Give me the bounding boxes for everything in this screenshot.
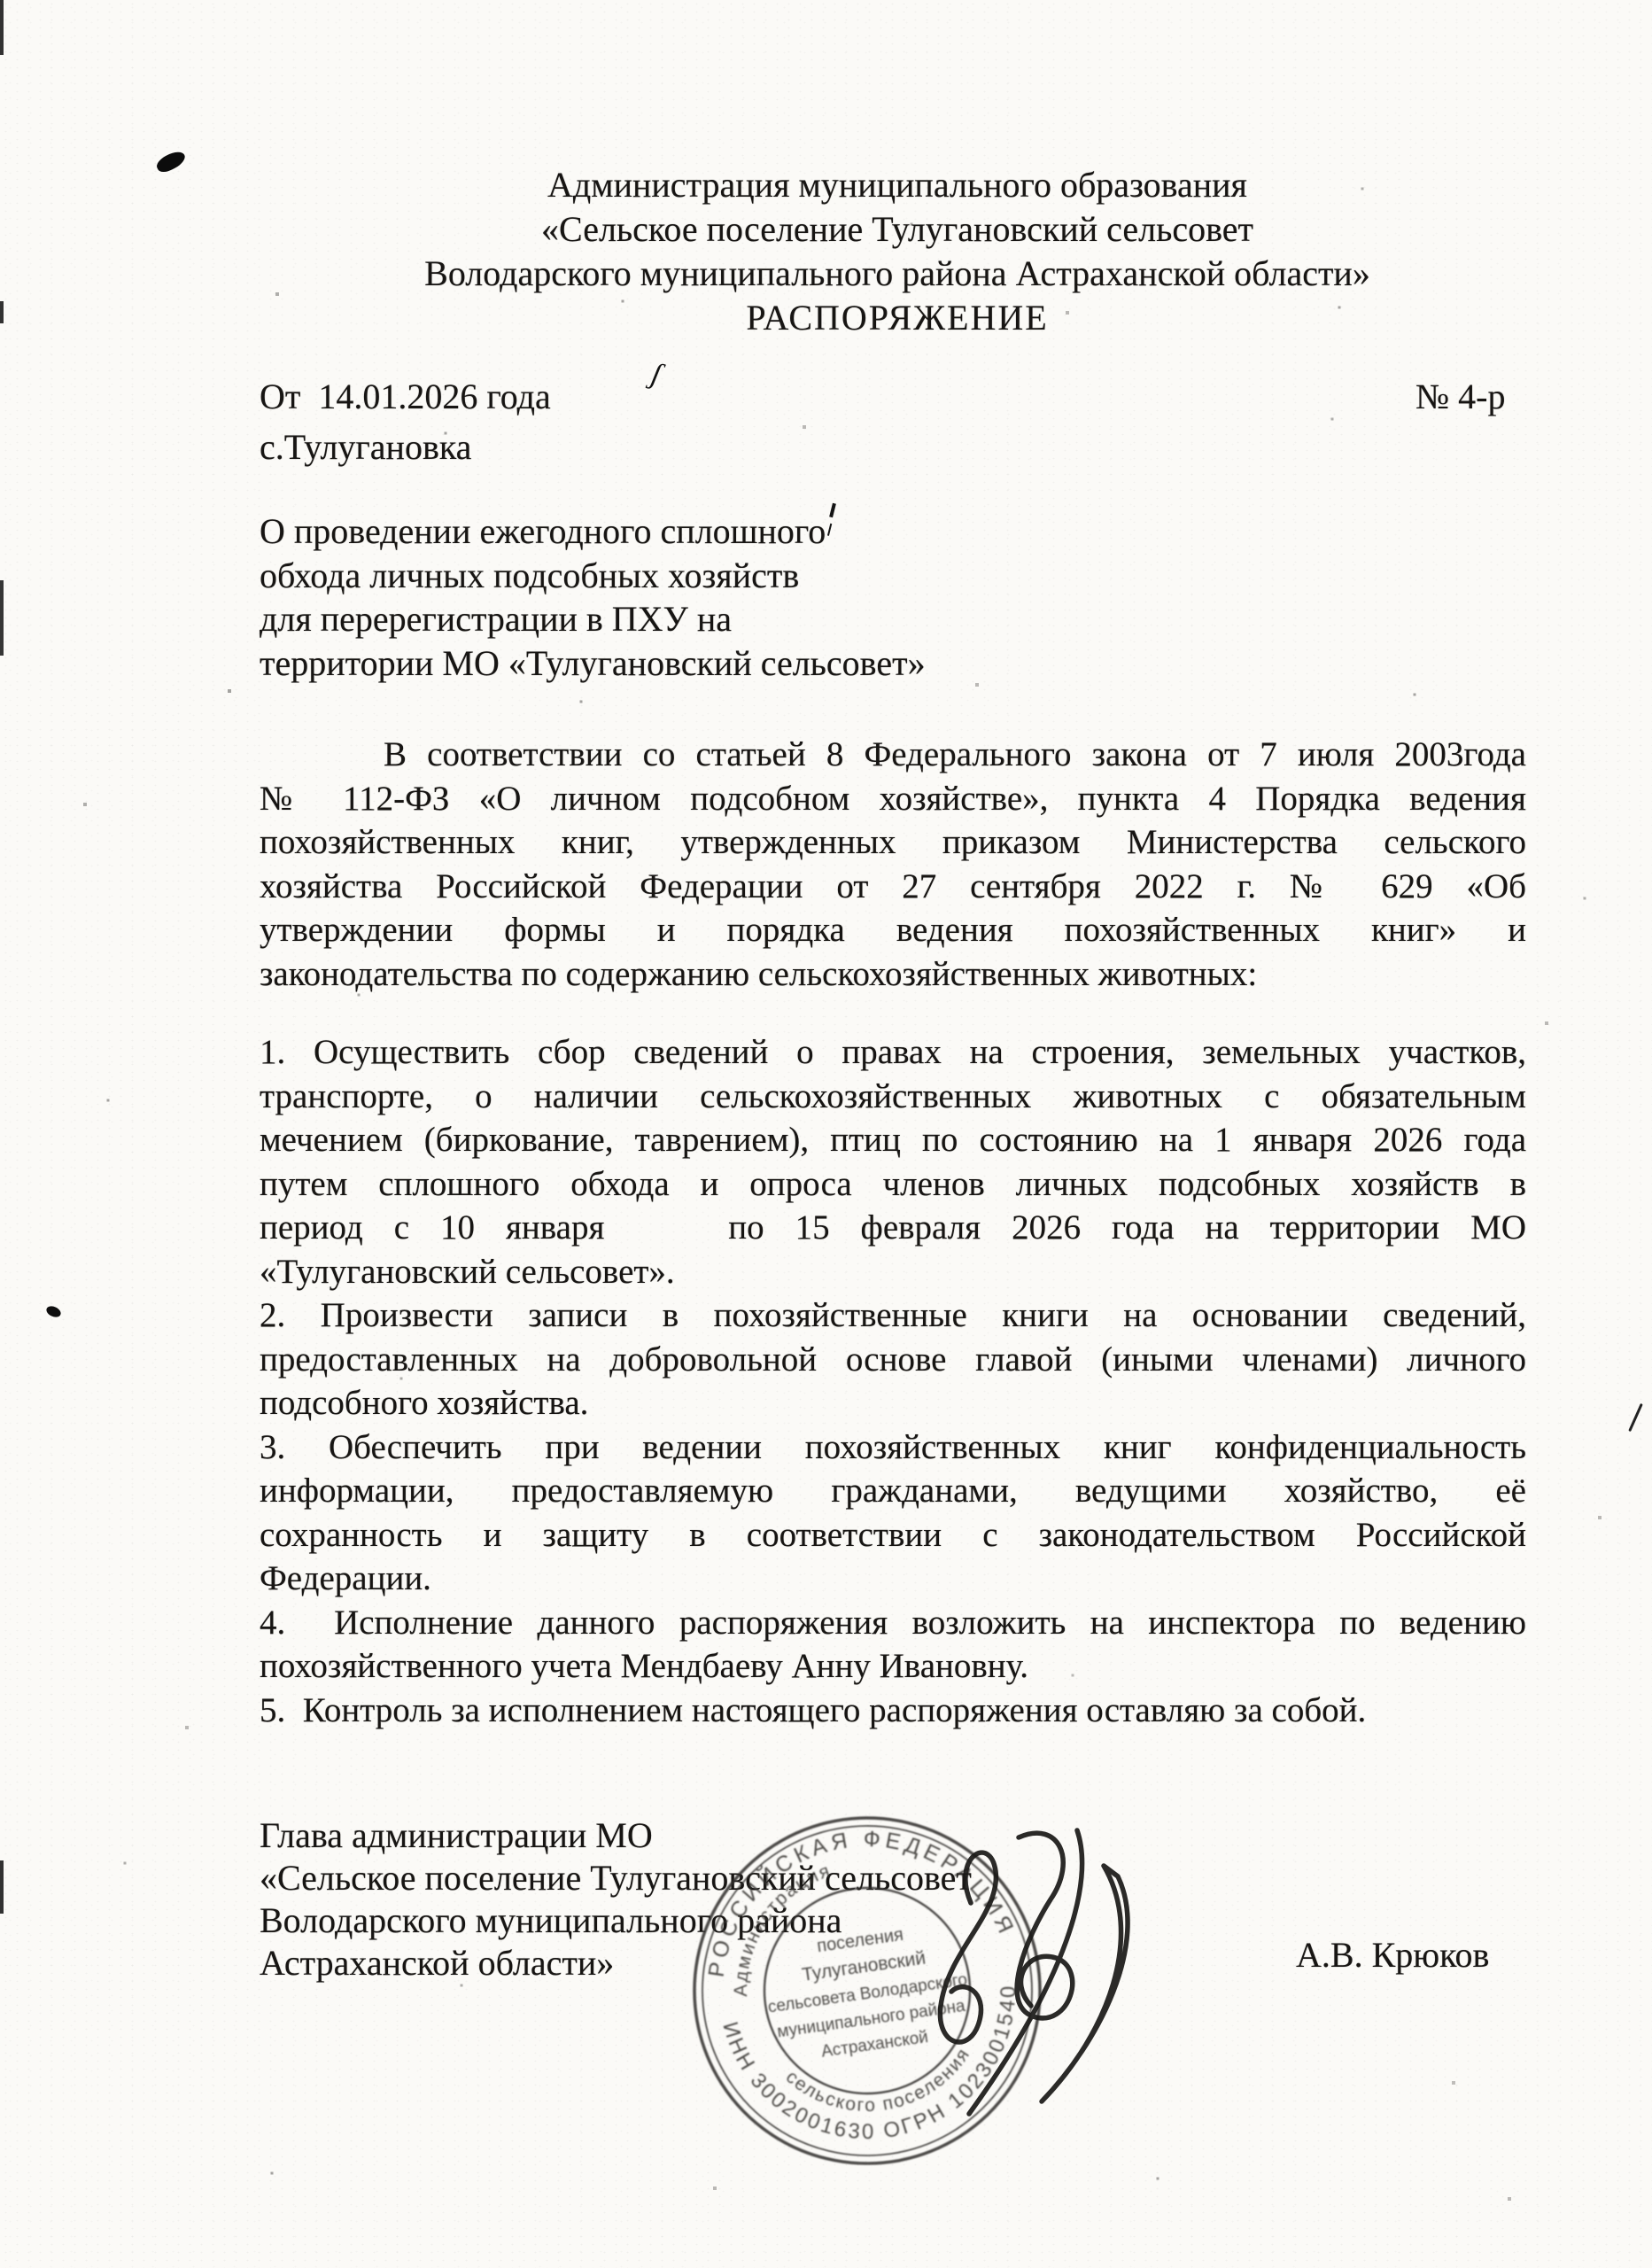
- document-number: № 4-р: [1415, 376, 1505, 417]
- ink-blob-artifact: [154, 148, 188, 175]
- intro-line: утверждении формы и порядка ведения похо…: [260, 908, 1526, 952]
- item-3-line: Федерации.: [260, 1557, 1526, 1601]
- item-1-line: путем сплошного обхода и опроса членов л…: [260, 1162, 1526, 1207]
- letterhead: Администрация муниципального образования…: [268, 163, 1526, 340]
- subject-line: для перерегистрации в ПХУ на: [260, 597, 1128, 641]
- subject-line: территории МО «Тулугановский сельсовет»: [260, 641, 1128, 686]
- intro-line: законодательства по содержанию сельскохо…: [260, 952, 1526, 997]
- item-1-line: транспорте, о наличии сельскохозяйственн…: [260, 1075, 1526, 1119]
- handwritten-signature: [886, 1818, 1178, 2142]
- intro-line: № 112-ФЗ «О личном подсобном хозяйстве»,…: [260, 777, 1526, 821]
- intro-line: В соответствии со статьей 8 Федерального…: [260, 733, 1526, 777]
- org-name-line: «Сельское поселение Тулугановский сельсо…: [268, 207, 1526, 252]
- org-name-line: Администрация муниципального образования: [268, 163, 1526, 207]
- scanner-edge-artifact: [0, 0, 4, 2268]
- item-1-line: «Тулугановский сельсовет».: [260, 1250, 1526, 1294]
- signatory-name: А.В. Крюков: [1296, 1934, 1489, 1976]
- item-2-line: предоставленных на добровольной основе г…: [260, 1338, 1526, 1382]
- item-5-line: 5. Контроль за исполнением настоящего ра…: [260, 1689, 1526, 1733]
- subject-line: обхода личных подсобных хозяйств: [260, 554, 1128, 598]
- margin-dot-artifact: [44, 1304, 62, 1319]
- scanned-decree-page: ʃ Администрация муниципального образован…: [0, 0, 1652, 2268]
- document-type-title: РАСПОРЯЖЕНИЕ: [268, 296, 1526, 340]
- subject-line: О проведении ежегодного сплошного: [260, 509, 1128, 554]
- document-date: От 14.01.2026 года: [260, 377, 551, 416]
- item-4-line: 4. Исполнение данного распоряжения возло…: [260, 1601, 1526, 1645]
- subject-block: О проведении ежегодного сплошного обхода…: [260, 509, 1128, 685]
- paragraph-gap: [260, 996, 1526, 1030]
- item-2-line: 2. Произвести записи в похозяйственные к…: [260, 1293, 1526, 1338]
- body-text: В соответствии со статьей 8 Федерального…: [260, 733, 1526, 1732]
- item-1-line: 1. Осуществить сбор сведений о правах на…: [260, 1030, 1526, 1075]
- place-line: с.Тулугановка: [260, 426, 471, 468]
- item-4-line: похозяйственного учета Мендбаеву Анну Ив…: [260, 1644, 1526, 1689]
- intro-line: похозяйственных книг, утвержденных прика…: [260, 820, 1526, 865]
- slash-mark-artifact: [1628, 1403, 1643, 1432]
- org-name-line: Володарского муниципального района Астра…: [268, 252, 1526, 296]
- item-3-line: информации, предоставляемую гражданами, …: [260, 1469, 1526, 1513]
- item-1-line: период с 10 января по 15 февраля 2026 го…: [260, 1206, 1526, 1250]
- item-2-line: подсобного хозяйства.: [260, 1381, 1526, 1425]
- meta-row: От 14.01.2026 года № 4-р: [260, 376, 1526, 420]
- scan-noise-speckles: [0, 0, 2, 2]
- item-1-line: мечением (биркование, таврением), птиц п…: [260, 1118, 1526, 1162]
- item-3-line: 3. Обеспечить при ведении похозяйственны…: [260, 1425, 1526, 1470]
- item-3-line: сохранность и защиту в соответствии с за…: [260, 1513, 1526, 1557]
- intro-line: хозяйства Российской Федерации от 27 сен…: [260, 865, 1526, 909]
